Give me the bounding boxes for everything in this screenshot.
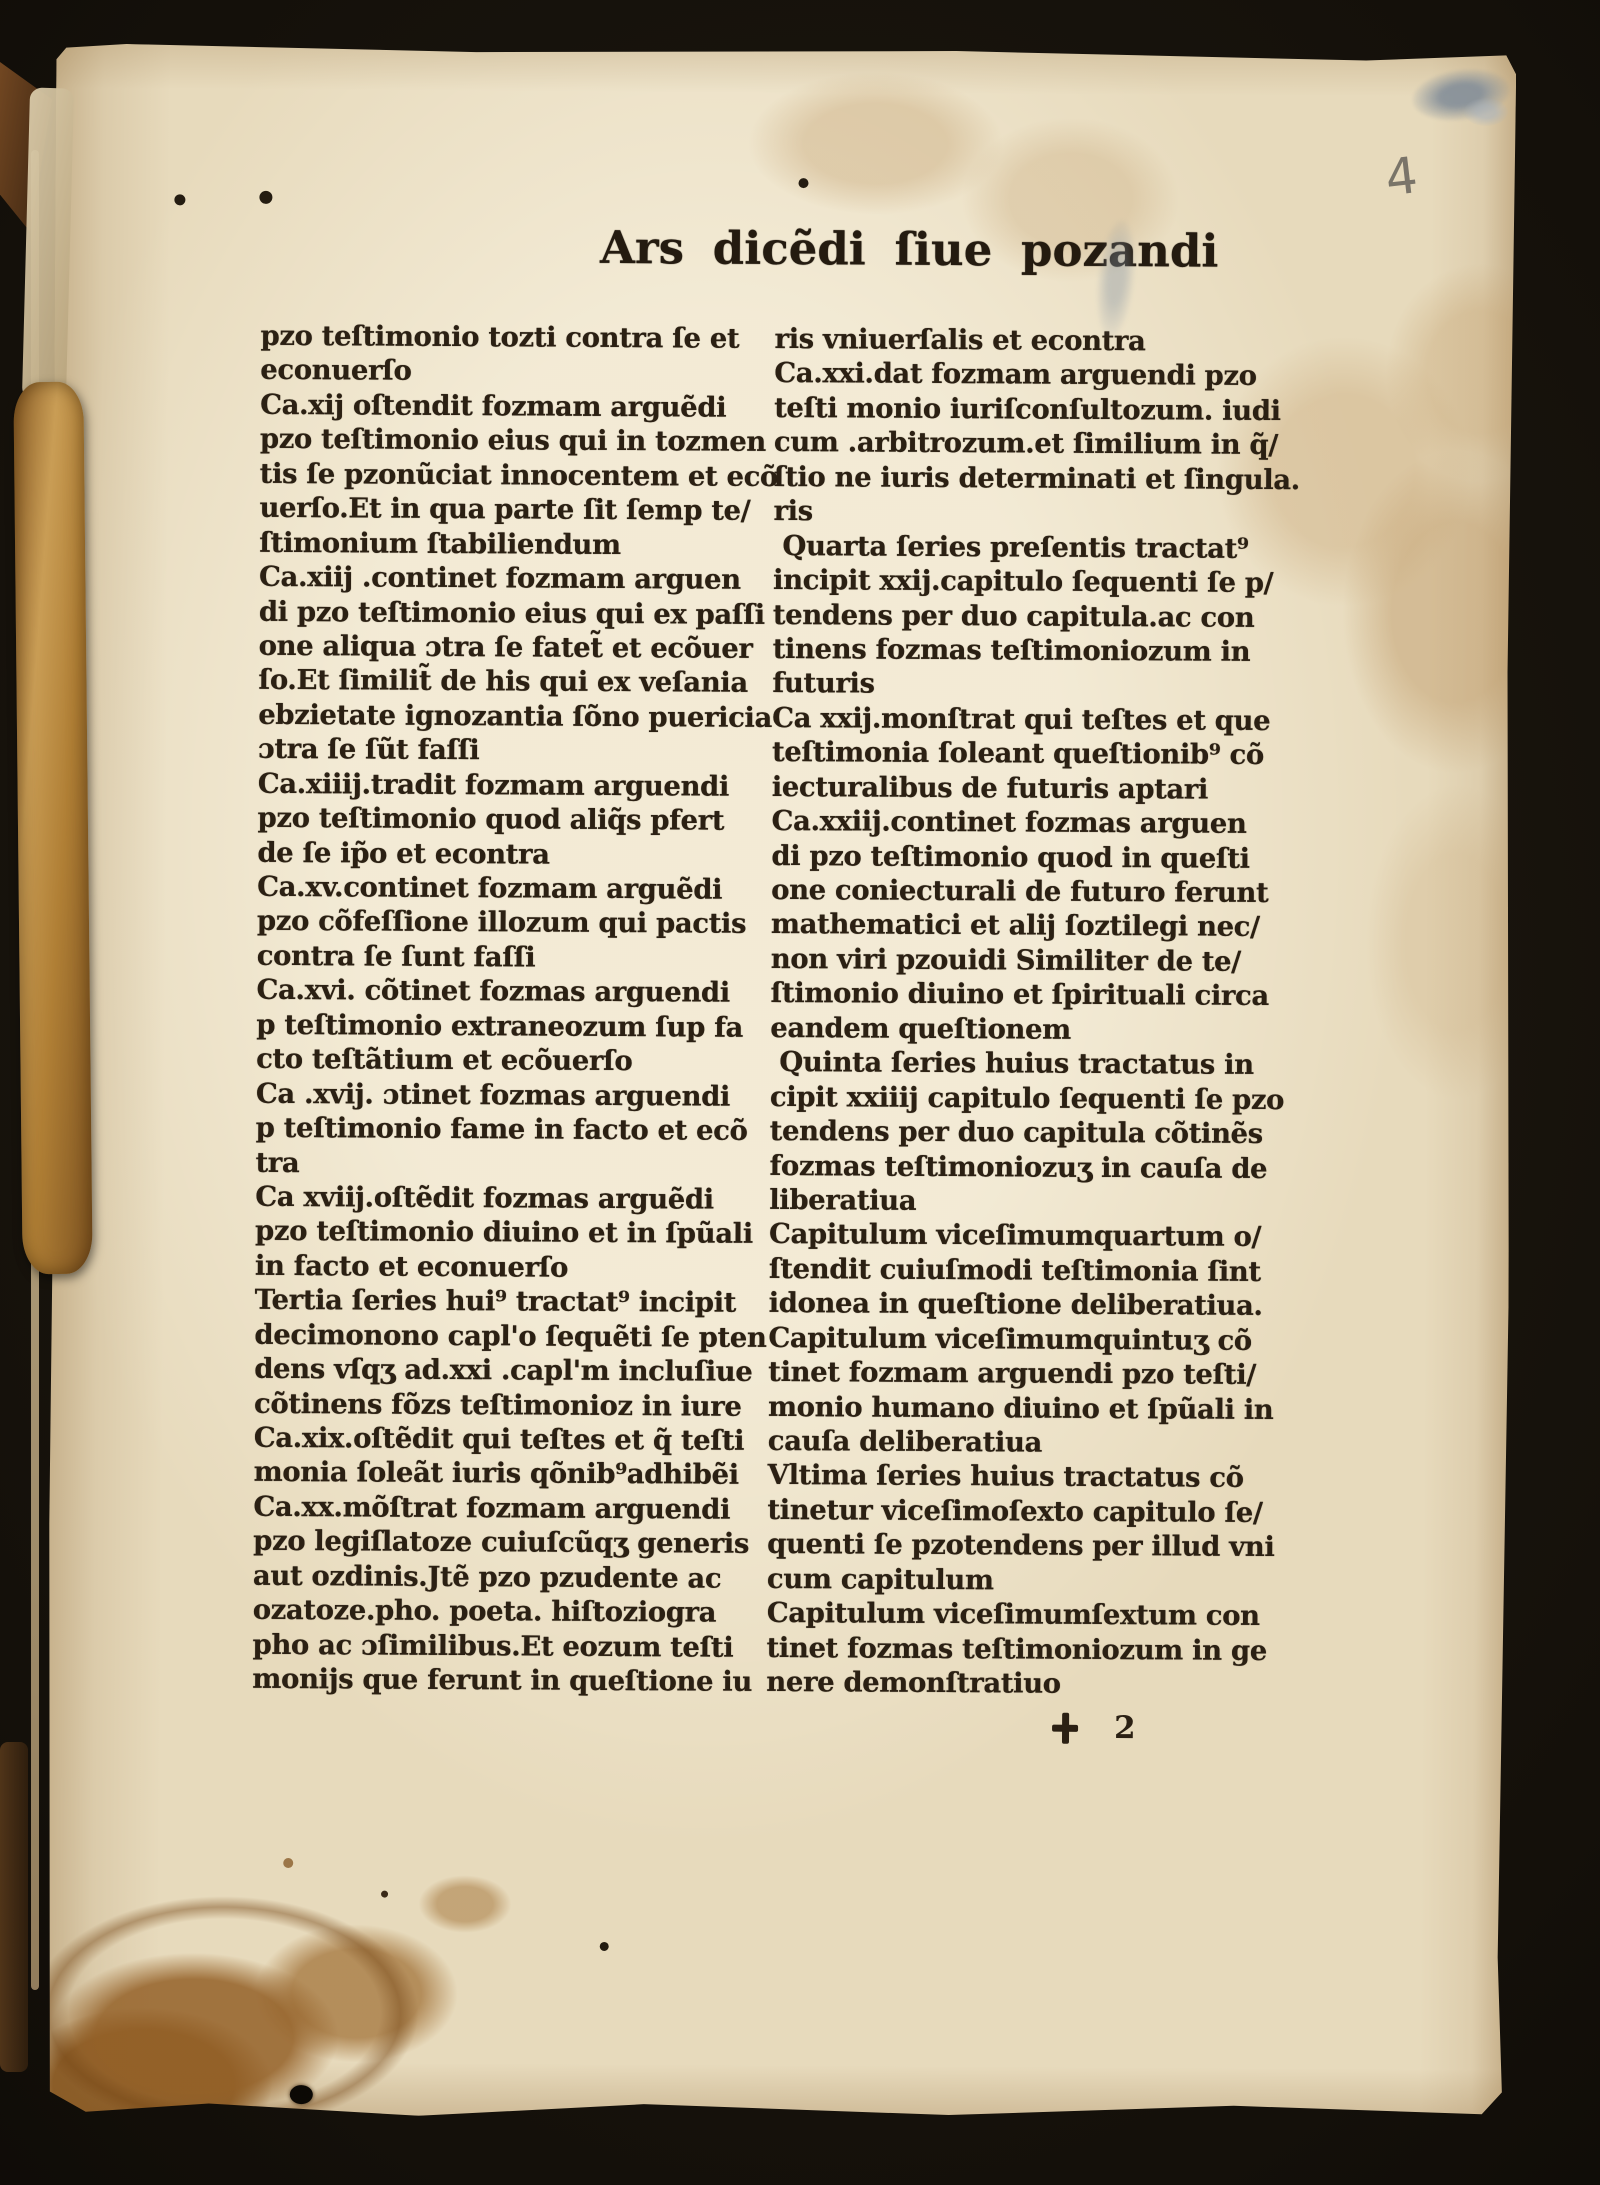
text-line: pzo teſtimonio quod aliq̃s pfert [258,801,736,838]
text-line: Vltima ſeries huius tractatus cõ [768,1458,1254,1495]
text-line: pho ac ɔſimilibus.Et eozum teſti [252,1627,730,1664]
text-line: ſtendit cuiuſmodi teſtimonia ſint [769,1252,1255,1289]
text-line: Ca xxij.monſtrat qui teſtes et que [772,701,1258,738]
edge-smudge [1464,98,1508,126]
text-line: tendens per duo capitula cõtinẽs [770,1114,1256,1151]
text-line: Ca.xxiij.continet fozmas arguen [771,804,1257,841]
text-line: de ſe ip̃o et econtra [257,835,735,872]
ink-dot [600,1942,609,1951]
binding-vellum-edge [22,87,74,400]
text-line: monijs que ferunt in queſtione iu [252,1662,730,1699]
text-line: monio humano diuino et ſpũali in [768,1389,1254,1426]
text-line: ris [773,494,1259,531]
spine-fragment-bottom [0,1742,28,2072]
text-line: Ca.xx.mõſtrat fozmam arguendi [253,1490,731,1527]
folio-number: 4 [1382,146,1420,207]
text-line: ris vniuerſalis et econtra [774,322,1260,359]
text-line: Ca.xij oſtendit fozmam arguẽdi [260,388,738,425]
signature-cross-icon [1052,1712,1078,1743]
text-line: Quarta ſeries preſentis tractat⁹ [773,529,1259,566]
text-line: one coniecturali de futuro ferunt [771,873,1257,910]
text-line: ebzietate ignozantia ſõno puericia [258,698,736,735]
text-line: Ca .xvij. ɔtinet fozmas arguendi [256,1076,734,1113]
text-line: Ca.xvi. cõtinet fozmas arguendi [256,973,734,1010]
text-line: dens vſqʒ ad.xxi .capl'm incluſiue [254,1352,732,1389]
text-line: Capitulum viceſimumſextum con [767,1596,1253,1633]
text-line: Capitulum viceſimumquintuʒ cõ [768,1321,1254,1358]
text-line: pzo teſtimonio eius qui in tozmen [260,422,738,459]
text-line: ozatoze.pho. poeta. hiſtoziogra [253,1593,731,1630]
text-line: tinetur viceſimoſexto capitulo ſe/ [767,1493,1253,1530]
text-line: cauſa deliberatiua [768,1424,1254,1461]
text-line: tendens per duo capitula.ac con [773,597,1259,634]
text-line: pzo teſtimonio tozti contra ſe et [260,319,738,356]
text-line: Ca.xv.continet fozmam arguẽdi [257,870,735,907]
text-line: Ca.xix.oſtẽdit qui teſtes et q̃ teſti [254,1421,732,1458]
text-line: in facto et econuerſo [255,1249,733,1286]
text-line: nere demonſtratiuo [766,1665,1252,1702]
text-line: teſtimonia ſoleant queſtionib⁹ cõ [772,735,1258,772]
text-line: contra ſe ſunt faſſi [257,939,735,976]
stain-speck [283,1858,293,1868]
page-title: Ars dicẽdi ſiue pozandi [600,225,1145,273]
right-column: ris vniuerſalis et econtraCa.xxi.dat foz… [766,322,1260,1702]
text-line: cto teſtãtium et ecõuerſo [256,1042,734,1079]
text-line: tinet fozmas teſtimoniozum in ge [766,1631,1252,1668]
binding-vellum-tab [13,382,92,1275]
text-line: ſtimonio diuino et ſpirituali circa [770,976,1256,1013]
ink-dot [259,191,272,204]
left-column: pzo teſtimonio tozti contra ſe eteconuer… [252,319,738,1699]
text-line: Capitulum viceſimumquartum o/ [769,1217,1255,1254]
text-line: pzo cõfeſſione illozum qui pactis [257,904,735,941]
text-line: Ca.xiiij.tradit fozmam arguendi [258,766,736,803]
signature-numeral: 2 [1114,1710,1136,1746]
text-line: monia ſoleãt iuris qõnib⁹adhibẽi [254,1455,732,1492]
text-line: ſo.Et ſimilit̃ de his qui ex veſania [258,663,736,700]
text-line: di pzo teſtimonio eius qui ex paſſi [259,594,737,631]
text-line: cipit xxiiij capitulo ſequenti ſe pzo [770,1080,1256,1117]
text-line: tis ſe pzonũciat innocentem et ecõ [260,457,738,494]
text-line: di pzo teſtimonio quod in queſti [771,839,1257,876]
text-line: teſti monio iuriſconſultozum. iudi [774,391,1260,428]
text-line: pzo legiſlatoze cuiuſcũqʒ generis [253,1524,731,1561]
quire-signature: 2 [1052,1710,1136,1747]
text-line: cum capitulum [767,1562,1253,1599]
text-line: Quinta ſeries huius tractatus in [770,1045,1256,1082]
text-line: incipit xxij.capitulo ſequenti ſe p/ [773,563,1259,600]
text-line: ɔtra ſe ſũt faſſi [258,732,736,769]
text-line: uerſo.Et in qua parte ſit ſemp te/ [259,491,737,528]
text-line: tra [255,1145,733,1182]
text-line: Tertia ſeries hui⁹ tractat⁹ incipit [255,1283,733,1320]
text-line: cum .arbitrozum.et ſimilium in q̃/ [774,425,1260,462]
text-line: p teſtimonio fame in facto et ecõ [256,1111,734,1148]
text-line: mathematici et alij ſoztilegi nec/ [771,907,1257,944]
ink-dot [798,178,808,188]
book-page: Ars dicẽdi ſiue pozandi 4 pzo teſtimonio… [44,44,1517,2125]
text-line: eandem queſtionem [770,1011,1256,1048]
text-line: ſtimonium ſtabiliendum [259,525,737,562]
text-line: non viri pzouidi Similiter de te/ [771,942,1257,979]
ink-dot [381,1891,388,1898]
text-line: tinet fozmam arguendi pzo teſti/ [768,1355,1254,1392]
text-line: tinens fozmas teſtimoniozum in [773,632,1259,669]
text-line: fozmas teſtimoniozuʒ in cauſa de [769,1148,1255,1185]
photo-backdrop: { "photo": { "background_color": "#14100… [0,0,1600,2185]
text-line: aut ozdinis.Jtẽ pzo pzudente ac [253,1559,731,1596]
text-line: futuris [772,666,1258,703]
text-line: one aliqua ɔtra ſe fatet̃ et ecõuer [259,629,737,666]
ink-dot [174,194,185,205]
text-line: p teſtimonio extraneozum ſup fa [256,1008,734,1045]
text-line: idonea in queſtione deliberatiua. [769,1286,1255,1323]
text-line: Ca xviij.oſtẽdit fozmas arguẽdi [255,1180,733,1217]
text-line: iecturalibus de futuris aptari [772,770,1258,807]
text-line: cõtinens fõzs teſtimonioz in iure [254,1386,732,1423]
text-line: decimonono capl'o ſequẽti ſe pten [254,1317,732,1354]
text-line: pzo teſtimonio diuino et in ſpũali [255,1214,733,1251]
text-line: econuerſo [260,353,738,390]
worm-hole [290,2085,313,2104]
text-line: ſtio ne iuris determinati et ſingula. [774,460,1260,497]
text-line: Ca.xiij .continet fozmam arguen [259,560,737,597]
text-line: quenti ſe pzotendens per illud vni [767,1527,1253,1564]
text-line: liberatiua [769,1183,1255,1220]
text-line: Ca.xxi.dat fozmam arguendi pzo [774,356,1260,393]
